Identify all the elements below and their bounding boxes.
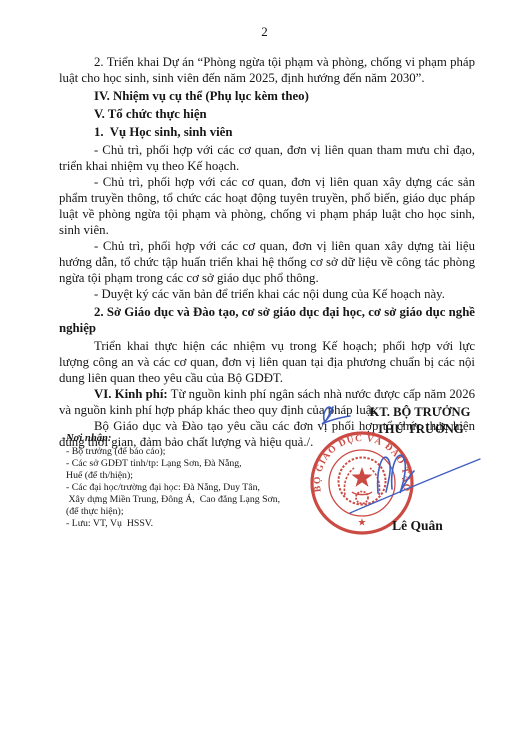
- emblem-star-icon: [352, 467, 373, 487]
- recipients-block: Nơi nhận: - Bộ trưởng (để báo cáo); - Cá…: [66, 433, 306, 530]
- kinh-phi-label: VI. Kinh phí:: [94, 387, 168, 401]
- recipients-header: Nơi nhận:: [66, 433, 306, 445]
- heading-iv-nhiem-vu: IV. Nhiệm vụ cụ thể (Phụ lục kèm theo): [59, 88, 475, 104]
- heading-so-giao-duc: 2. Sở Giáo dục và Đào tạo, cơ sở giáo dụ…: [59, 304, 475, 336]
- recipient-line: - Bộ trưởng (để báo cáo);: [66, 446, 306, 458]
- signer-name: Lê Quân: [330, 518, 505, 534]
- para-project-trien-khai: 2. Triển khai Dự án “Phòng ngừa tội phạm…: [59, 54, 475, 86]
- recipient-line: - Lưu: VT, Vụ HSSV.: [66, 518, 306, 530]
- seal-ring-text: BỘ GIÁO DỤC VÀ ĐÀO TẠO: [310, 434, 411, 493]
- document-body: 2. Triển khai Dự án “Phòng ngừa tội phạm…: [59, 54, 475, 450]
- recipient-line: (để thực hiện);: [66, 506, 306, 518]
- page-number: 2: [0, 0, 529, 40]
- recipient-line: Huế (để th/hiện);: [66, 470, 306, 482]
- bullet-tham-muu: - Chủ trì, phối hợp với các cơ quan, đơn…: [59, 142, 475, 174]
- document-page: 2 2. Triển khai Dự án “Phòng ngừa tội ph…: [0, 0, 529, 749]
- recipient-line: - Các sở GDĐT tỉnh/tp: Lạng Sơn, Đà Nẵng…: [66, 458, 306, 470]
- heading-vu-hoc-sinh: 1. Vụ Học sinh, sinh viên: [59, 124, 475, 140]
- para-trien-khai-nhiem-vu: Triển khai thực hiện các nhiệm vụ trong …: [59, 338, 475, 386]
- bullet-tai-lieu-huong-dan: - Chủ trì, phối hợp với các cơ quan, đơn…: [59, 238, 475, 286]
- bullet-duyet-ky: - Duyệt ký các văn bản để triển khai các…: [59, 286, 475, 302]
- recipient-line: Xây dựng Miền Trung, Đông Á, Cao đẳng Lạ…: [66, 494, 306, 506]
- emblem-cog-icon: [356, 492, 368, 504]
- svg-text:BỘ GIÁO DỤC VÀ ĐÀO TẠO: BỘ GIÁO DỤC VÀ ĐÀO TẠO: [310, 434, 411, 493]
- recipient-line: - Các đại học/trường đại học: Đà Nẵng, D…: [66, 482, 306, 494]
- heading-v-to-chuc: V. Tổ chức thực hiện: [59, 106, 475, 122]
- bullet-san-pham-truyen-thong: - Chủ trì, phối hợp với các cơ quan, đơn…: [59, 174, 475, 238]
- kt-bo-truong-label: KT. BỘ TRƯỞNG: [300, 404, 529, 421]
